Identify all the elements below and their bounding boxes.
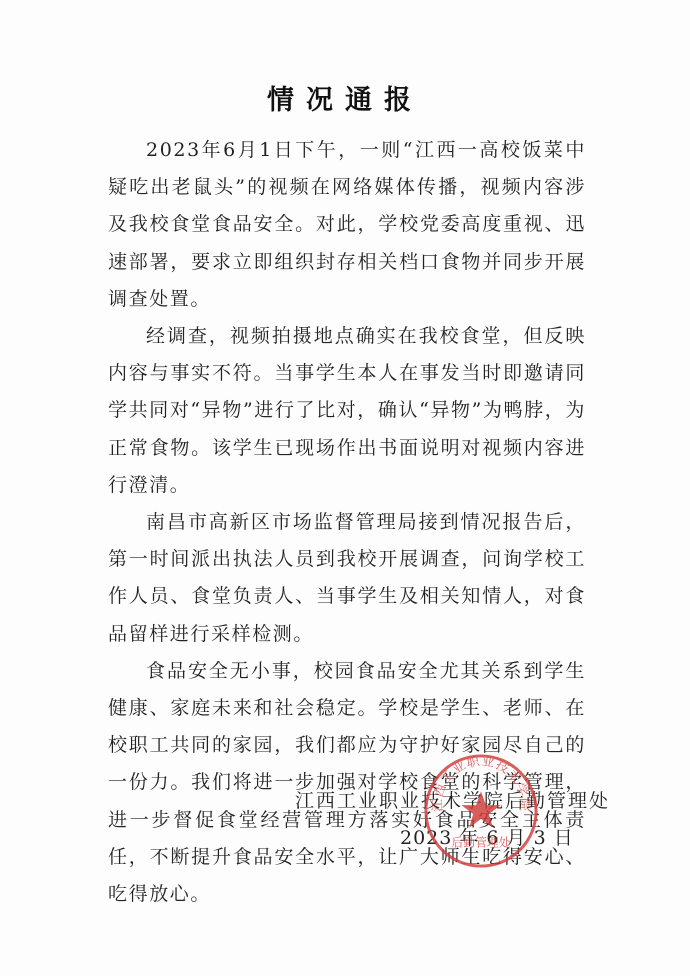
issuer-signature: 江西工业职业技术学院后勤管理处: [295, 786, 610, 813]
paragraph-commitment: 食品安全无小事，校园食品安全尤其关系到学生健康、家庭未来和社会稳定。学校是学生、…: [108, 653, 586, 913]
paragraph-regulator: 南昌市高新区市场监督管理局接到情况报告后，第一时间派出执法人员到我校开展调查，问…: [108, 504, 586, 653]
document-title: 情况通报: [0, 78, 690, 117]
paragraph-investigation: 经调查，视频拍摄地点确实在我校食堂，但反映内容与事实不符。当事学生本人在事发当时…: [108, 318, 586, 504]
paragraph-incident: 2023年6月1日下午，一则“江西一高校饭菜中疑吃出老鼠头”的视频在网络媒体传播…: [108, 132, 586, 318]
document-page: 情况通报 2023年6月1日下午，一则“江西一高校饭菜中疑吃出老鼠头”的视频在网…: [0, 0, 690, 976]
issue-date: 2023 年 6 月 3 日: [400, 823, 574, 850]
